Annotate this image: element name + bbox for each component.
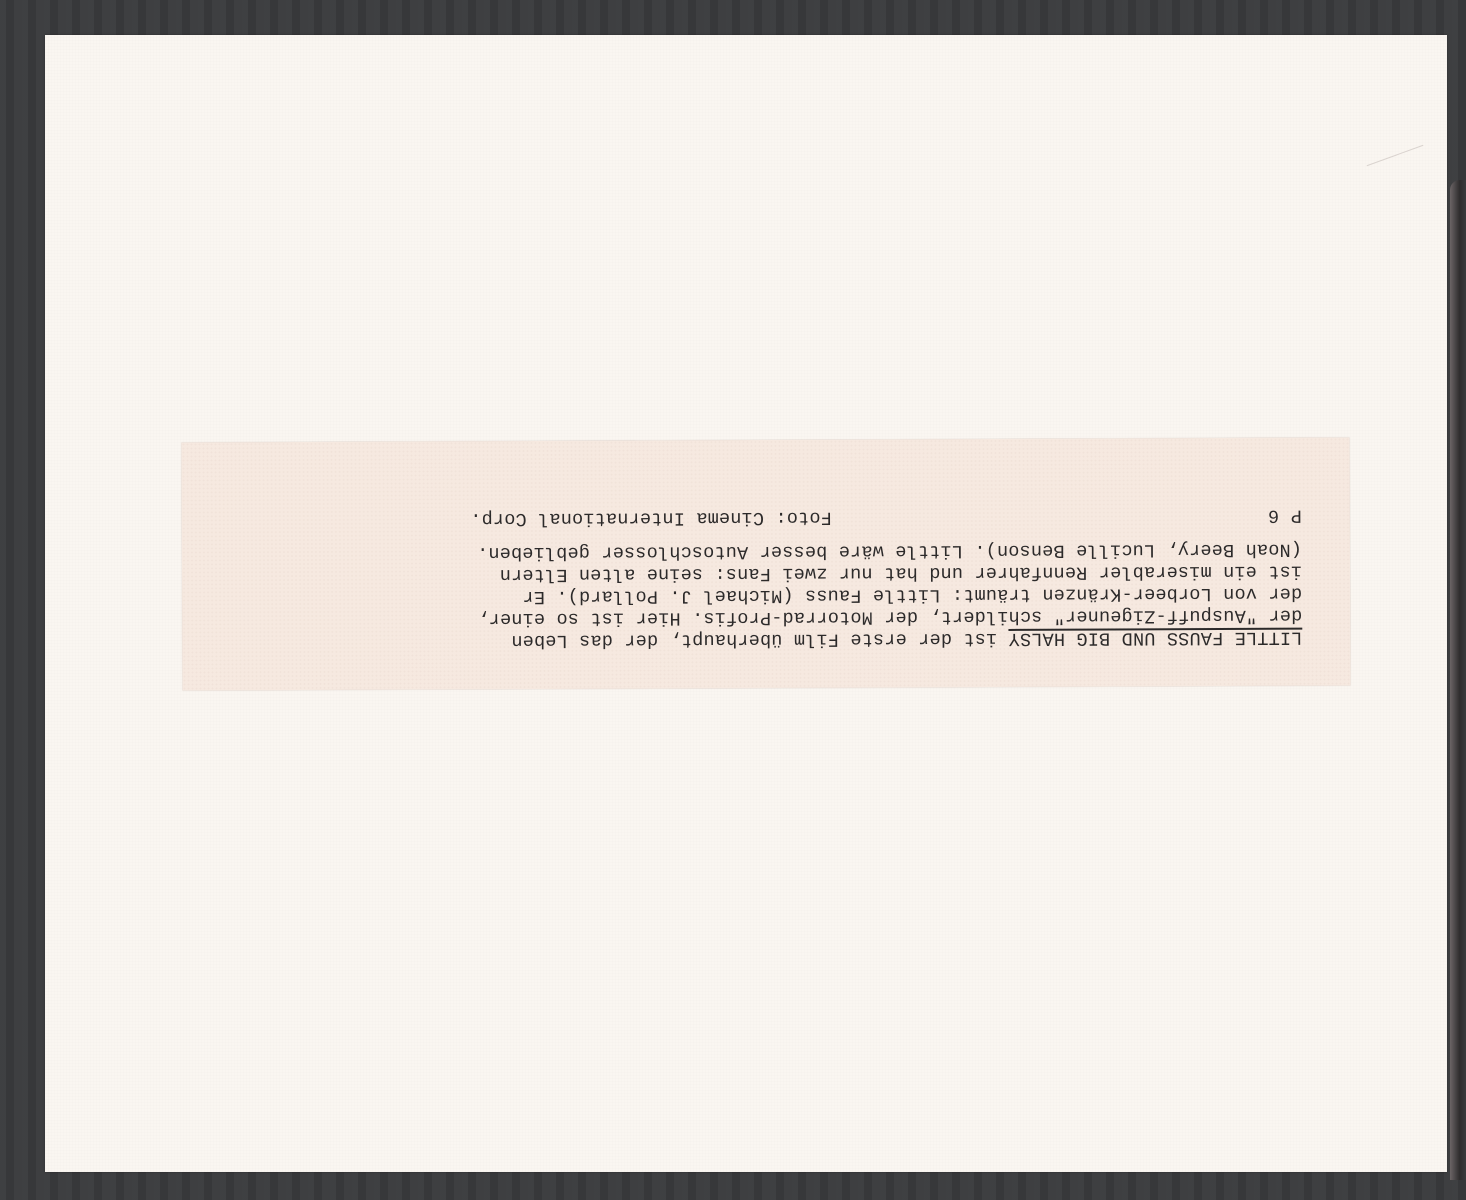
caption-text-block: LITTLE FAUSS UND BIG HALSY ist der erste…: [181, 437, 1350, 690]
plate-number: P 6: [832, 504, 1302, 528]
paper-scratch: [1367, 145, 1424, 166]
caption-footer: P 6 Foto: Cinema International Corp.: [212, 504, 1302, 531]
photo-credit: Foto: Cinema International Corp.: [470, 506, 832, 530]
caption-slip: LITTLE FAUSS UND BIG HALSY ist der erste…: [181, 437, 1350, 690]
adjacent-photo-edge: [1450, 180, 1466, 1180]
scan-background: LITTLE FAUSS UND BIG HALSY ist der erste…: [0, 0, 1466, 1200]
film-title: LITTLE FAUSS UND BIG HALSY: [1008, 627, 1302, 649]
